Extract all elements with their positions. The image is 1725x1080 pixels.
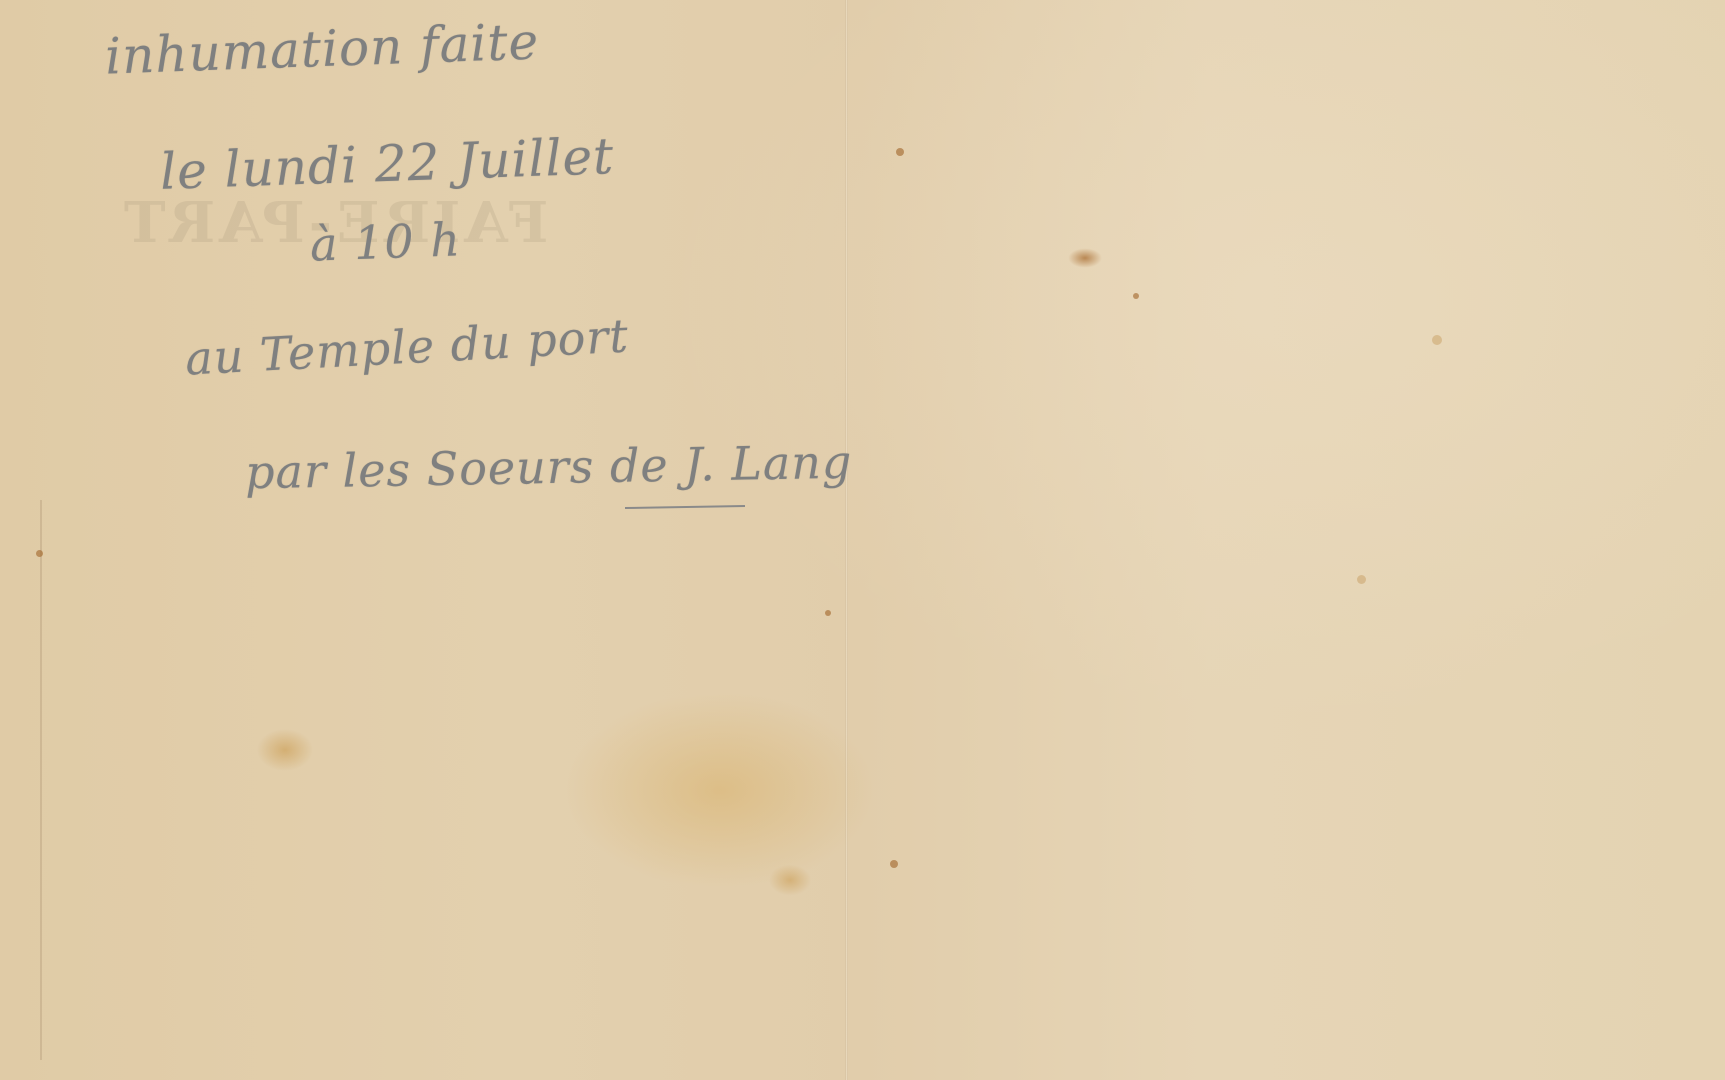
foxing-spot	[36, 550, 43, 557]
handwritten-line-5-signature: par les Soeurs de J. Lang	[245, 435, 853, 500]
left-edge-crease	[40, 500, 42, 1060]
handwritten-line-3: à 10 h	[309, 212, 462, 271]
foxing-spot	[1432, 335, 1442, 345]
foxing-spot	[890, 860, 898, 868]
foxing-spot	[1133, 293, 1139, 299]
signature-underline	[625, 505, 745, 509]
center-fold	[845, 0, 848, 1080]
document-page: FAIRE-PART inhumation faite le lundi 22 …	[0, 0, 1725, 1080]
foxing-spot	[896, 148, 904, 156]
handwritten-line-4: au Temple du port	[184, 308, 630, 385]
foxing-spot	[1357, 575, 1366, 584]
foxing-spot	[825, 610, 831, 616]
handwritten-line-1: inhumation faite	[104, 12, 540, 85]
